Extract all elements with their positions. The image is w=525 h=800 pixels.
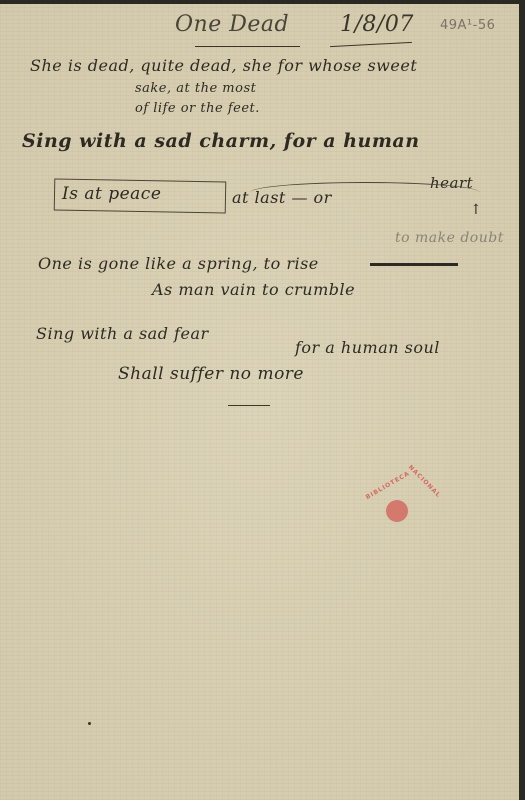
boxed-phrase: Is at peace	[62, 184, 161, 204]
manuscript-line: for a human soul	[295, 338, 440, 357]
paper-speck	[88, 722, 91, 725]
stamp-text-left: BIBLIOTECA	[365, 470, 412, 501]
manuscript-line: Sing with a sad charm, for a human	[22, 130, 420, 152]
manuscript-page: One Dead 1/8/07 49A¹-56 She is dead, qui…	[0, 4, 519, 800]
library-stamp: BIBLIOTECA NACIONAL	[355, 456, 435, 516]
closing-rule	[228, 405, 270, 407]
date-underline	[330, 42, 412, 48]
insertion-mark: ↑	[470, 202, 482, 218]
interlinear-note: of life or the feet.	[135, 101, 260, 116]
stamp-text-right: NACIONAL	[407, 464, 442, 499]
manuscript-line: As man vain to crumble	[152, 280, 355, 299]
reference-number: 49A¹-56	[440, 18, 495, 33]
pencil-insertion: to make doubt	[395, 230, 504, 246]
date: 1/8/07	[340, 12, 414, 37]
manuscript-line: Shall suffer no more	[118, 364, 304, 384]
interlinear-note: sake, at the most	[135, 81, 256, 96]
manuscript-line: Sing with a sad fear	[36, 324, 209, 343]
manuscript-line: She is dead, quite dead, she for whose s…	[30, 56, 417, 75]
stamp-seal-icon	[386, 500, 408, 522]
manuscript-line: One is gone like a spring, to rise	[38, 254, 319, 273]
page-title: One Dead	[175, 12, 289, 37]
title-underline	[195, 46, 300, 48]
revision-line	[250, 182, 480, 203]
strikethrough	[370, 263, 458, 266]
